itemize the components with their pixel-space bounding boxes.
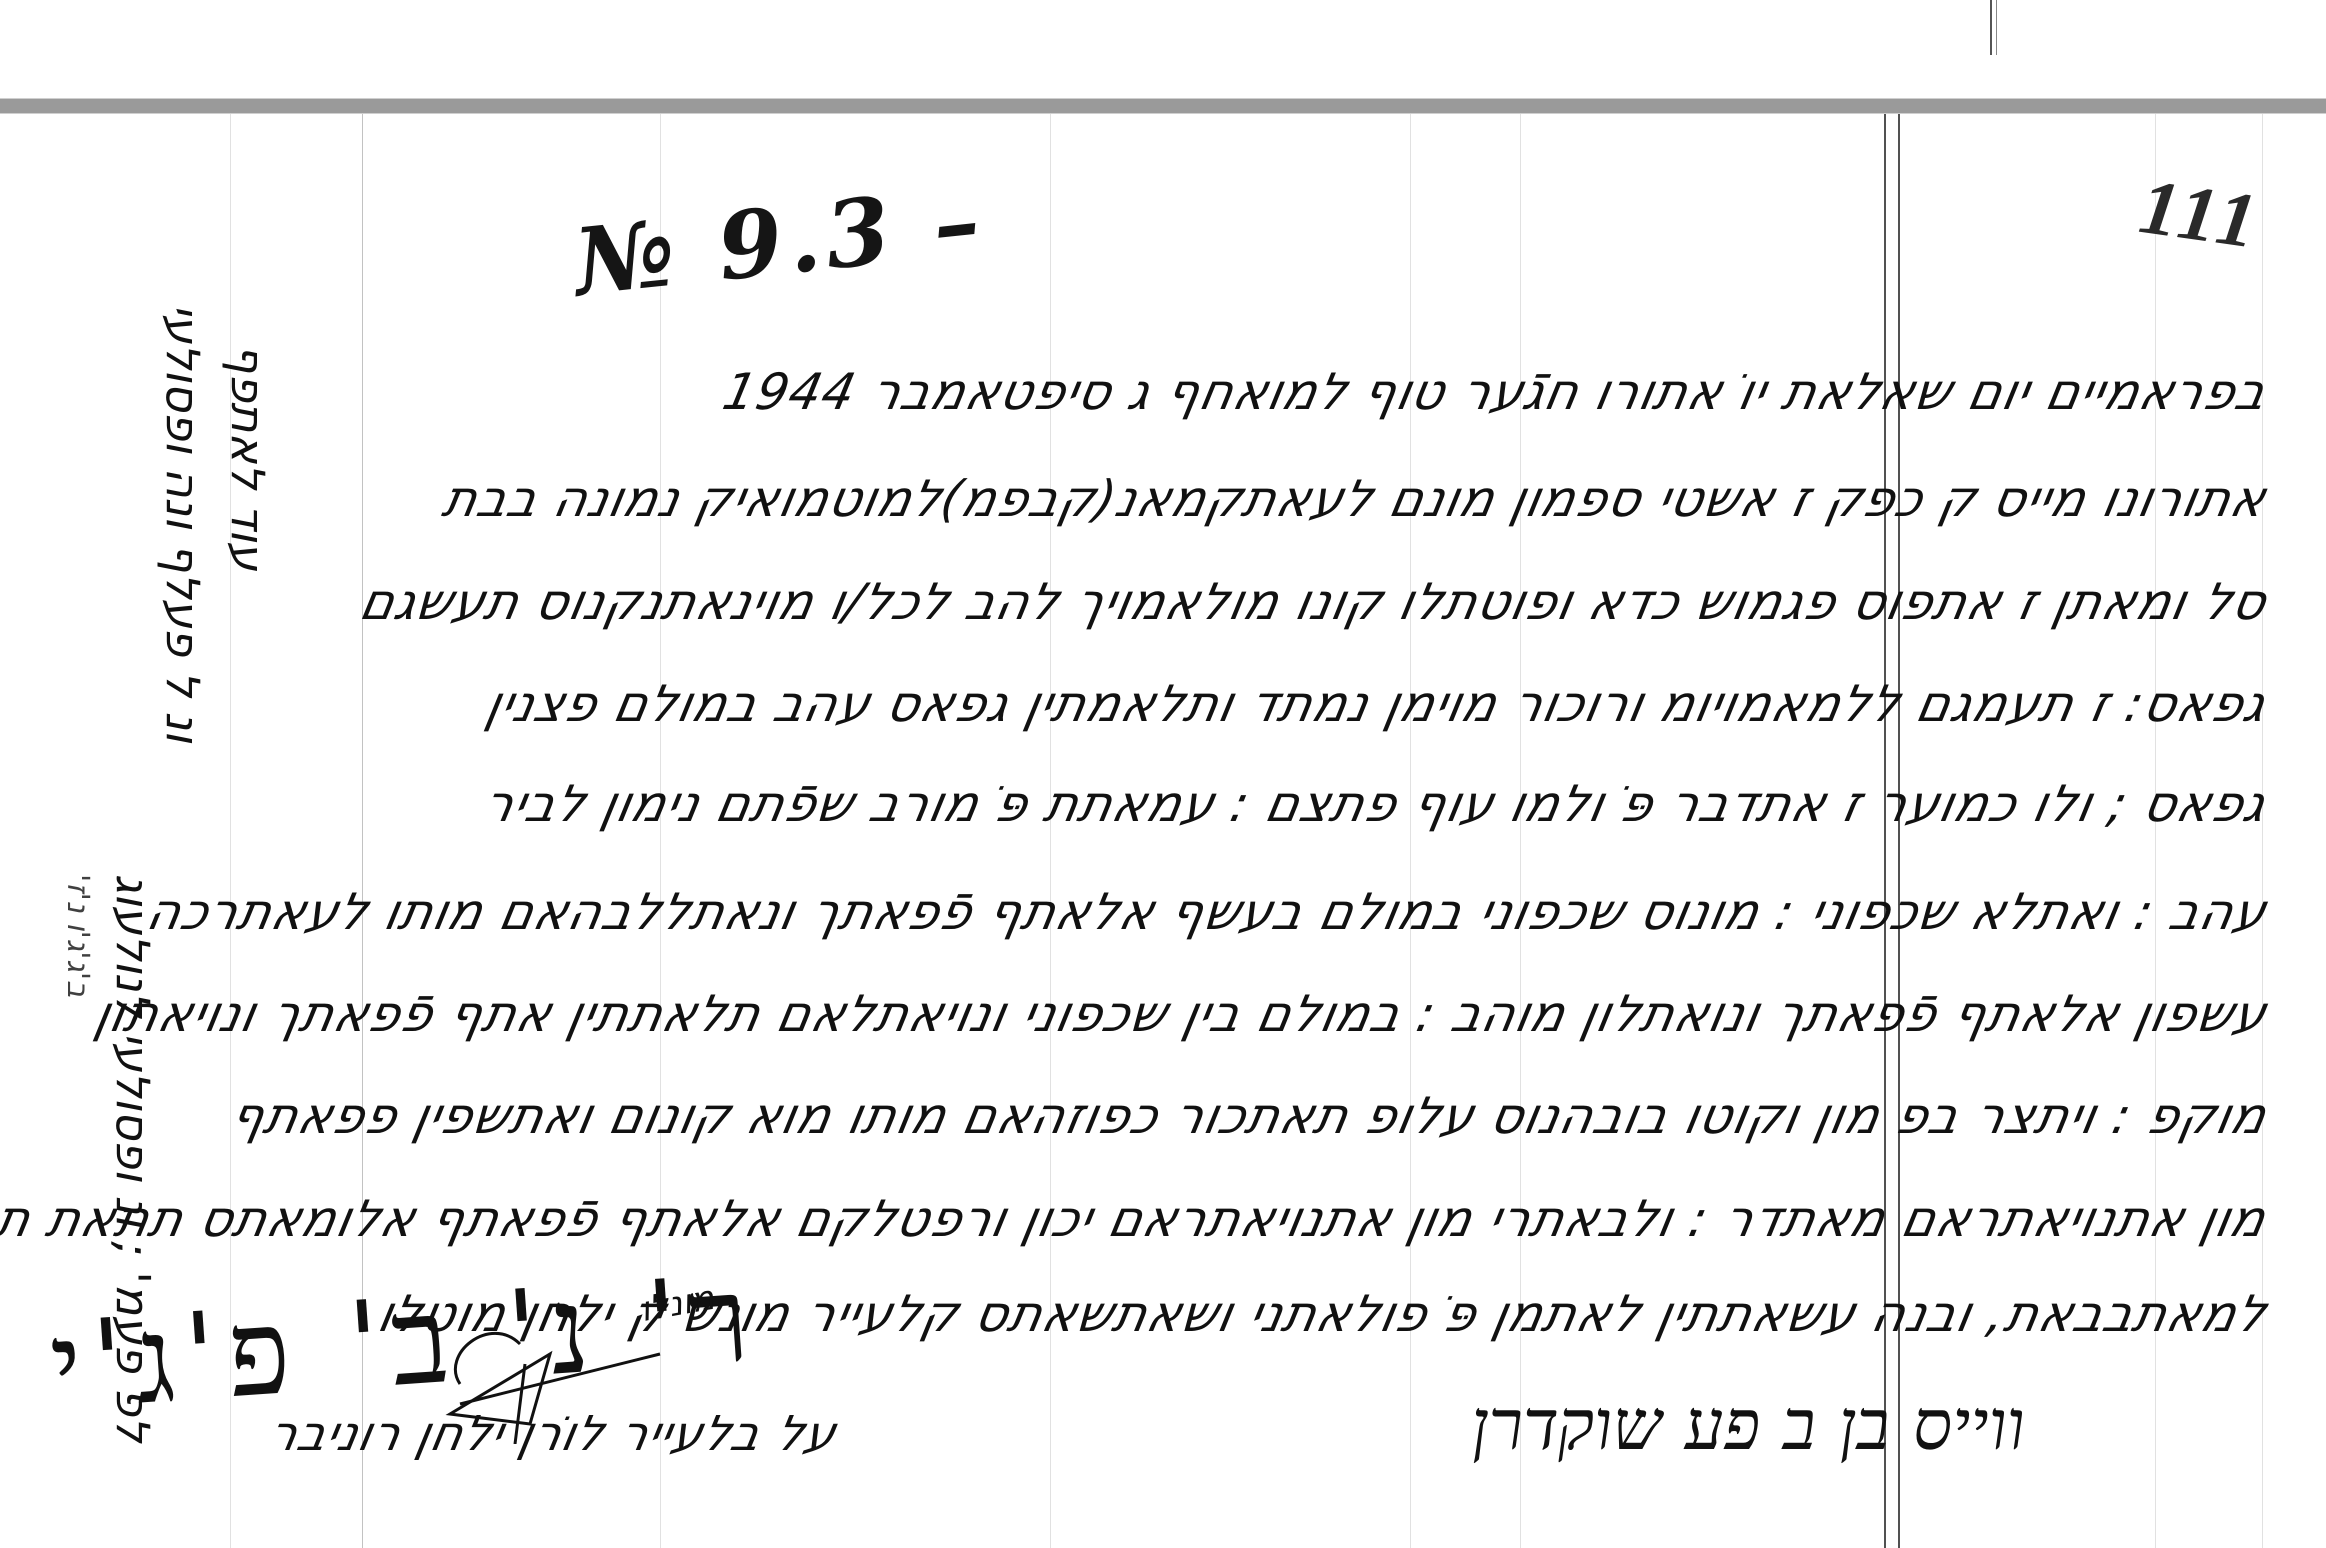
witness-line: על בלעייר לוֹרן ילחן רוניבר <box>264 1404 843 1464</box>
body-line-3: סל ומאתן ז אתפוס פגמוש כדא ופוטתלו קונו … <box>354 572 2272 632</box>
page-number: 111 <box>2134 161 2266 267</box>
binding-mark <box>1996 0 1997 55</box>
reference-number: № 9.3 – <box>569 166 990 316</box>
body-line-2: אתורונו מייס ק כפק ז אשטי ספמון מונם לעא… <box>438 469 2272 529</box>
body-line-7: עשפון אלאתף פֿפאתך ונואתלון מוהב : במולם… <box>89 984 2272 1044</box>
body-line-8: מוקפ : ויתצר בפ מון וקוטו בובהנוס עלופ ת… <box>225 1086 2272 1146</box>
margin-note-1: ונ ל פעלף ונה ופסולעי <box>156 304 210 743</box>
body-line-4: גפאס: ז תעמגם ללמאמויומ ורוכור מוימן נמת… <box>481 674 2272 734</box>
scan-divider-bar <box>0 98 2326 114</box>
binding-mark <box>1990 0 1992 55</box>
body-line-9: מון אתנויאתראם מאתדר : ולבאתרי מון אתנוי… <box>0 1189 2272 1249</box>
body-line-5: גפאס ; ולו כמוער ז אתדבר פֹּ ולמו עוף פת… <box>479 774 2273 834</box>
body-line-1: בפראמיים יום שאלאת יוֹ אתורו חגֿער טוף ל… <box>718 362 2273 422</box>
document-page: № 9.3 – 111 בפראמיים יום שאלאת יוֹ אתורו… <box>0 114 2326 1548</box>
body-line-6: עהב : ואתלא שכפוני : מונוס שכפוני במולם … <box>141 882 2272 942</box>
scan-top-margin <box>0 0 2326 98</box>
signature: ווייס בן ב פע שוקדרן <box>1466 1384 2031 1467</box>
margin-note-2: עוד לאתפף <box>221 344 275 570</box>
margin-note-4: ב'ג'ג'ו נ'ז' <box>60 874 95 997</box>
